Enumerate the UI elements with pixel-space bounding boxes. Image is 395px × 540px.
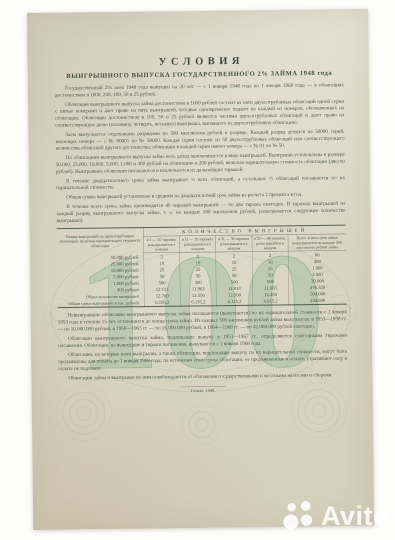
paragraph: По облигациям выигрышного выпуска займа …: [56, 151, 345, 175]
document-content: УСЛОВИЯ ВЫИГРЫШНОГО ВЫПУСКА ГОСУДАРСТВЕН…: [27, 9, 374, 530]
value-cell: 244.608: [289, 297, 347, 305]
avito-watermark: Avito: [283, 501, 390, 532]
paragraph: Заем выпускается отдельными разрядами по…: [55, 128, 344, 152]
draws-group-header: в 31 — 40 тиражах разыгрывается в каждом: [252, 235, 288, 252]
size-column-header: Размер выигрышей на двухсотрублевую обли…: [57, 228, 144, 254]
winnings-table-header: Размер выигрышей на двухсотрублевую обли…: [57, 225, 346, 254]
paragraph: В течение всего срока займа производится…: [56, 200, 345, 224]
winnings-table: Размер выигрышей на двухсотрублевую обли…: [57, 225, 347, 309]
avito-logo-icon: [283, 501, 316, 532]
value-cell: 6.135,2: [180, 299, 216, 306]
paragraph: В течение двадцатилетнего срока займа вы…: [56, 174, 345, 191]
winnings-table-body: 50.000 рублей22228025.000 рублей10101010…: [57, 250, 347, 308]
paragraph: Облигация выигрышного выпуска займа дост…: [55, 98, 344, 129]
paragraph: Государственный 2% заем 1948 года выпуще…: [55, 82, 344, 99]
listing-photo: 100 УСЛОВИЯ ВЫИГРЫШНОГО ВЫПУСКА ГОСУДАРС…: [0, 0, 395, 540]
draws-group-header: в 11 — 20 тиражах разыгрывается в каждом: [180, 236, 216, 253]
value-cell: 6.015,2: [253, 298, 289, 305]
draws-group-header: в 1 — 10 тиражах разыгрывается в каждом: [143, 236, 179, 253]
draws-group-header: в 21 — 30 тиражах разыгрывается в каждом: [216, 235, 252, 252]
paragraph: Облигации выигрышного выпуска займа, под…: [58, 332, 347, 349]
value-cell: 6.195,2: [144, 299, 180, 306]
row-label: Общая сумма выигрышей (в тыс. рублей): [58, 300, 145, 308]
bond-document: 100 УСЛОВИЯ ВЫИГРЫШНОГО ВЫПУСКА ГОСУДАРС…: [27, 9, 374, 530]
total-column-header: Всего за весь срок займа разыгрывается н…: [288, 234, 346, 251]
paragraph: Невыигравшие облигации выигрышного выпус…: [58, 309, 347, 333]
printer-imprint: Гознак. 1948.: [181, 386, 226, 393]
paragraph: Общая сумма выигрышей установлена в сред…: [56, 191, 345, 201]
paragraph: Облигации займа и выигрыши по ним освобо…: [58, 372, 347, 382]
paragraph: Облигации, на которые пали выигрыши, а т…: [58, 348, 347, 372]
page-subtitle: ВЫИГРЫШНОГО ВЫПУСКА ГОСУДАРСТВЕННОГО 2% …: [55, 69, 344, 81]
avito-watermark-label: Avito: [321, 501, 390, 532]
value-cell: 6.115,2: [216, 298, 252, 305]
page-title: УСЛОВИЯ: [55, 53, 344, 69]
